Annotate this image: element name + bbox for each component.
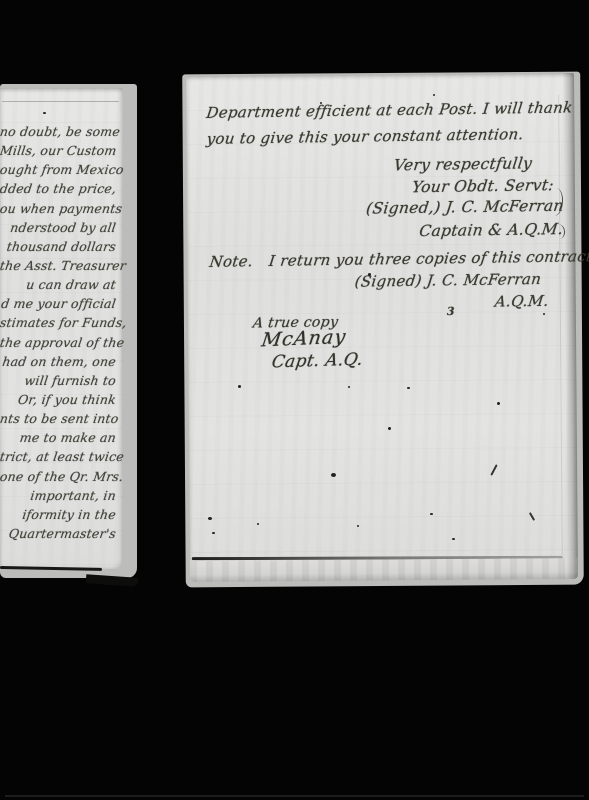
handwritten-line: d me your official: [0, 294, 124, 313]
handwritten-line: Mills, our Custom: [0, 141, 124, 160]
handwritten-line: important, in: [0, 486, 124, 505]
page-bottom-edge: [190, 558, 578, 582]
handwritten-line: u can draw at: [0, 275, 124, 294]
handwritten-line: nderstood by all: [0, 218, 124, 237]
handwritten-line: trict, at least twice: [0, 447, 124, 466]
ink-speck: [348, 386, 350, 388]
left-page: no doubt, be some Mills, our Custom ough…: [0, 88, 123, 569]
note-text: I return you three copies of this contra…: [268, 247, 589, 270]
ink-speck: [331, 473, 336, 477]
ink-speck: [543, 313, 545, 315]
ink-speck: [212, 532, 215, 534]
handwritten-line: the approval of the: [0, 333, 124, 352]
ink-speck: [452, 538, 455, 540]
handwritten-line: the Asst. Treasurer: [0, 256, 124, 275]
handwritten-line: had on them, one: [0, 352, 124, 371]
left-page-crease: [2, 101, 119, 102]
handwritten-line: Department efficient at each Post. I wil…: [205, 98, 573, 121]
right-page: Department efficient at each Post. I wil…: [186, 73, 578, 582]
attestation-signature: McAnay: [260, 326, 348, 352]
scan-bottom-edge: [5, 795, 584, 797]
handwritten-line: stimates for Funds,: [0, 313, 124, 332]
ink-speck: [368, 273, 371, 276]
handwritten-line: will furnish to: [0, 371, 124, 390]
ink-speck: [43, 112, 46, 114]
ink-speck: [407, 387, 410, 389]
ink-speck: [208, 517, 212, 520]
ink-speck: [433, 94, 435, 96]
signature-line: (Signed,) J. C. McFerran: [365, 197, 565, 218]
handwritten-line: you to give this your constant attention…: [206, 125, 525, 148]
ink-speck: [320, 102, 322, 104]
handwritten-line: Quartermaster's: [0, 524, 124, 543]
closing-line: Your Obdt. Servt:: [411, 176, 555, 196]
note-label: Note.: [209, 252, 255, 271]
handwritten-line: ou when payments: [0, 199, 124, 218]
attestation-title: Capt. A.Q.: [270, 350, 364, 373]
handwritten-line: thousand dollars: [0, 237, 124, 256]
ink-speck: [257, 523, 259, 525]
ink-speck: [497, 402, 500, 405]
left-page-text: no doubt, be some Mills, our Custom ough…: [0, 122, 123, 543]
ink-speck: [430, 513, 433, 515]
ink-speck: [388, 427, 391, 430]
handwritten-line: ought from Mexico: [0, 160, 124, 179]
ink-speck: [357, 525, 359, 527]
closing-line: Captain & A.Q.M.: [418, 220, 564, 240]
handwritten-line: nts to be sent into: [0, 409, 124, 428]
right-page-edge-line: [558, 95, 563, 555]
title-line: A.Q.M.: [494, 292, 550, 311]
handwritten-line: one of the Qr. Mrs.: [0, 467, 124, 486]
stray-mark: 3: [447, 305, 455, 318]
handwritten-line: me to make an: [0, 428, 124, 447]
closing-line: Very respectfully: [393, 154, 533, 174]
handwritten-line: no doubt, be some: [0, 122, 124, 141]
scanned-document-page: no doubt, be some Mills, our Custom ough…: [0, 0, 589, 800]
ink-speck: [238, 385, 241, 388]
signature-line: (Signed) J. C. McFerran: [354, 270, 543, 291]
handwritten-line: Or, if you think: [0, 390, 124, 409]
handwritten-line: dded to the price,: [0, 179, 124, 198]
handwritten-line: iformity in the: [0, 505, 124, 524]
note-line: Note.I return you three copies of this c…: [209, 247, 589, 271]
